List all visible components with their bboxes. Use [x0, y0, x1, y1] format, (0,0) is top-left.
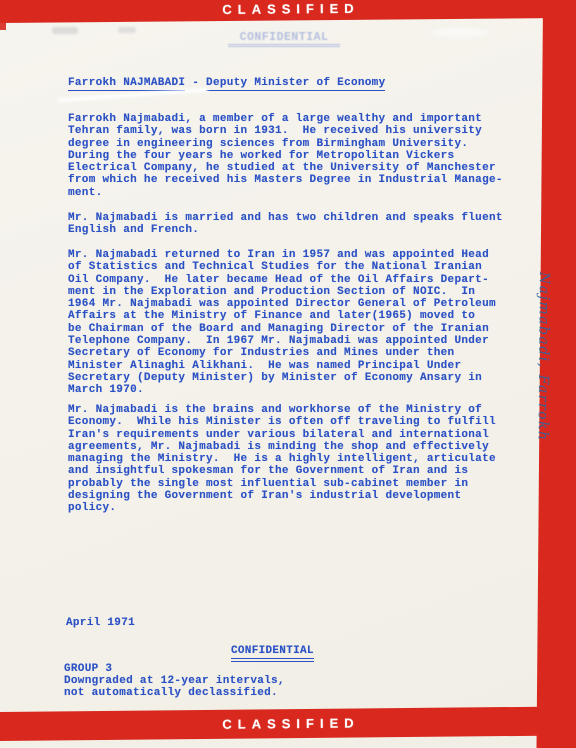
document-date: April 1971 [66, 617, 135, 629]
paper-highlight [430, 28, 490, 38]
bottom-classification-banner: CLASSIFIED [0, 706, 576, 741]
top-classification-banner: CLASSIFIED [0, 0, 576, 23]
paragraph-career: Mr. Najmabadi returned to Iran in 1957 a… [68, 249, 496, 397]
scanned-document-page: CLASSIFIED CONFIDENTIAL Farrokh NAJMABAD… [0, 0, 576, 748]
paragraph-education: Farrokh Najmabadi, a member of a large w… [68, 113, 503, 199]
document-title: Farrokh NAJMABADI - Deputy Minister of E… [68, 77, 385, 89]
bottom-banner-label: CLASSIFIED [216, 715, 359, 731]
faint-confidential-stamp: CONFIDENTIAL [228, 31, 340, 47]
title-person-role: Deputy Minister of Economy [206, 77, 385, 91]
top-banner-label: CLASSIFIED [216, 1, 359, 17]
paragraph-assessment: Mr. Najmabadi is the brains and workhors… [68, 404, 496, 515]
title-person-name: Farrokh NAJMABADI [68, 77, 185, 91]
red-ink-smudge [0, 21, 6, 30]
bottom-confidential-stamp: CONFIDENTIAL [231, 645, 314, 662]
pencil-smudge [52, 27, 78, 34]
pencil-smudge [118, 27, 136, 33]
declassification-notice: GROUP 3 Downgraded at 12-year intervals,… [64, 664, 285, 700]
paragraph-family: Mr. Najmabadi is married and has two chi… [68, 212, 503, 237]
handwritten-margin-note: Najmabadi, Farrokh [535, 272, 552, 442]
